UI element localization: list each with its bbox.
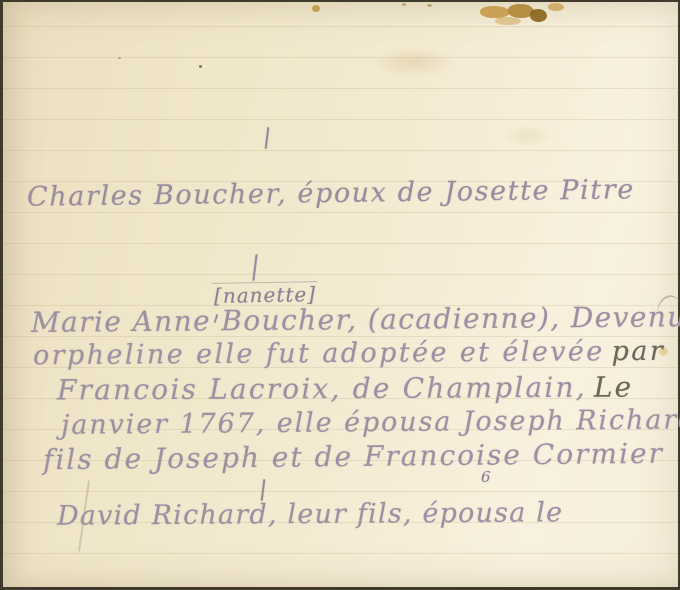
paper-stain <box>495 17 521 25</box>
paper-speck <box>402 3 406 6</box>
line-text-graphite: Le <box>594 370 634 403</box>
paper-speck <box>427 4 432 7</box>
paper-smudge <box>503 125 553 147</box>
paper-speck <box>199 65 202 68</box>
paper-speck <box>118 57 121 59</box>
paper-stain <box>548 3 564 11</box>
footnote-digit: 6 <box>481 468 491 486</box>
handwritten-line-lacroix: Francois Lacroix, de Champlain,Le <box>57 370 634 406</box>
line-text: orpheline elle fut adoptée et élevée <box>33 336 605 371</box>
handwritten-line-janvier-1767: janvier 1767, elle épousa Joseph Richard… <box>61 404 680 441</box>
paper-sheet: Charles Boucher, époux de Josette Pitre … <box>3 2 678 587</box>
paper-stain <box>530 9 547 22</box>
line-text-graphite: par <box>611 336 665 367</box>
handwritten-line-orpheline: orpheline elle fut adoptée et élevéepar <box>33 336 665 371</box>
scanned-document: Charles Boucher, époux de Josette Pitre … <box>0 0 680 590</box>
paper-stain-dot <box>312 5 320 12</box>
line-text: Francois Lacroix, de Champlain, <box>57 371 587 407</box>
handwritten-line-marie-anne: Marie Anne Boucher, (acadienne), Devenue <box>31 300 680 339</box>
handwritten-line-david-richard: David Richard, leur fils, épousa le <box>57 497 563 532</box>
handwritten-line-fils-de-joseph: fils de Joseph et de Francoise Cormier <box>43 437 664 477</box>
paper-smudge <box>371 46 457 78</box>
